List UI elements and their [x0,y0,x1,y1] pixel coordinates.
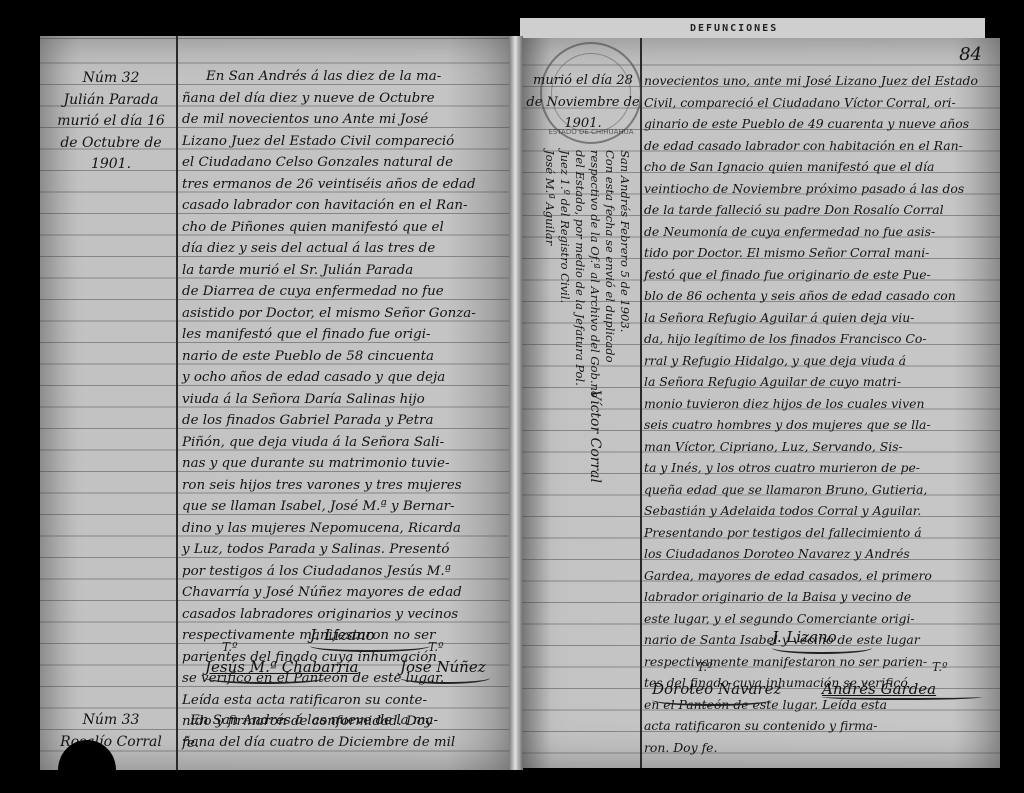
annotation-line: José M.ª Aguilar [542,150,557,483]
ledger-header: DEFUNCIONES [690,23,778,34]
body-line: ta y Inés, y los otros cuatro murieron d… [644,457,978,479]
entry-33-body: En San Andrés á las nueve de la ma- ñana… [182,710,455,753]
annotation-line: Con esta fecha se envió el duplicado [602,150,617,483]
body-line: de mil novecientos uno Ante mi José [182,109,476,131]
witness-2-label: T.º [428,640,444,654]
judge-signature-text: J. Lizano [310,626,375,644]
entry-33-number: Núm 33 [48,710,174,732]
body-line: cho de San Ignacio quien manifestó que e… [644,156,978,178]
body-line: nario de este Pueblo de 58 cincuenta [182,346,476,368]
body-line: En San Andrés á las nueve de la ma- [182,710,455,732]
body-line: el Ciudadano Celso Gonzales natural de [182,152,476,174]
body-line: ginario de este Pueblo de 49 cuarenta y … [644,113,978,135]
left-page: Núm 32 Julián Parada murió el día 16 de … [40,36,518,770]
witness-2-label: T.º [932,660,948,674]
body-line: man Víctor, Cipriano, Luz, Servando, Sis… [644,436,978,458]
entry-32-number: Núm 32 [48,68,174,90]
body-line: de Neumonía de cuya enfermedad no fue as… [644,221,978,243]
body-line: dino y las mujeres Nepomucena, Ricarda [182,518,476,540]
body-line: rral y Refugio Hidalgo, y que deja viuda… [644,350,978,372]
entry-33-death-margin: murió el día 28 de Noviembre de 1901. [524,70,642,135]
judge-signature-text: J. Lizano [772,628,837,646]
body-line: Piñón, que deja viuda á la Señora Sali- [182,432,476,454]
entry-33-body-continued: novecientos uno, ante mi José Lizano Jue… [644,70,978,758]
body-line: y ocho años de edad casado y que deja [182,367,476,389]
witness-1-signature: Doroteo Navarez [652,680,781,706]
body-line: monio tuvieron diez hijos de los cuales … [644,393,978,415]
body-line: Lizano Juez del Estado Civil compareció [182,131,476,153]
page-number: 84 [959,44,982,65]
body-line: ron seis hijos tres varones y tres mujer… [182,475,476,497]
witness-2-signature: José Núñez [400,658,490,684]
entry-32-death-line-2: de Octubre de [48,133,174,155]
body-line: viuda á la Señora Daría Salinas hijo [182,389,476,411]
death-year: 1901. [524,113,642,135]
body-line: la tarde murió el Sr. Julián Parada [182,260,476,282]
thumb-shadow [58,740,116,793]
death-line-2: de Noviembre de [524,92,642,114]
witness-2-signature: Andrés Gardea [822,680,982,700]
witness-1-signature: Jesús M.ª Chabarría [205,658,358,684]
marginal-annotation-text: San Andrés Febrero 5 de 1903. Con esta f… [587,150,632,483]
entry-32-margin: Núm 32 Julián Parada murió el día 16 de … [48,68,174,176]
entry-32-death-year: 1901. [48,154,174,176]
body-line: seis cuatro hombres y dos mujeres que se… [644,414,978,436]
body-line: y Luz, todos Parada y Salinas. Presentó [182,539,476,561]
body-line: casado labrador con havitación en el Ran… [182,195,476,217]
witness-1-label: T.º [222,640,238,654]
body-line: de edad casado labrador con habitación e… [644,135,978,157]
body-line: ñana del día diez y nueve de Octubre [182,88,476,110]
body-line: ñana del día cuatro de Diciembre de mil [182,732,455,754]
annotation-line: Juez 1.º del Registro Civil. [557,150,572,483]
judge-signature: J. Lizano [772,628,872,654]
body-line: festó que el finado fue originario de es… [644,264,978,286]
body-line: de Diarrea de cuya enfermedad no fue [182,281,476,303]
body-line: tido por Doctor. El mismo Señor Corral m… [644,242,978,264]
body-line: Leída esta acta ratificaron su conte- [182,690,476,712]
body-line: acta ratificaron su contenido y firma- [644,715,978,737]
witness-1-label: T.º [697,660,713,674]
margin-rule [176,36,178,770]
marginal-annotation: San Andrés Febrero 5 de 1903. Con esta f… [522,150,640,550]
body-line: de la tarde falleció su padre Don Rosalí… [644,199,978,221]
judge-signature: J. Lizano [310,626,430,652]
body-line: Chavarría y José Núñez mayores de edad [182,582,476,604]
body-line: ron. Doy fe. [644,737,978,759]
body-line: veintiocho de Noviembre próximo pasado á… [644,178,978,200]
body-line: la Señora Refugio Aguilar á quien deja v… [644,307,978,329]
body-line: que se llaman Isabel, José M.ª y Bernar- [182,496,476,518]
body-line: tres ermanos de 26 veintiséis años de ed… [182,174,476,196]
body-line: la Señora Refugio Aguilar de cuyo matri- [644,371,978,393]
witness-2-signature-text: José Núñez [400,658,486,676]
entry-32-death-line-1: murió el día 16 [48,111,174,133]
witness-1-signature-text: Jesús M.ª Chabarría [205,658,358,676]
body-line: cho de Piñones quien manifestó que el [182,217,476,239]
body-line: por testigos á los Ciudadanos Jesús M.ª [182,561,476,583]
body-line: Presentando por testigos del fallecimien… [644,522,978,544]
body-line: les manifestó que el finado fue origi- [182,324,476,346]
right-page: 84 ESTADO DE CHIHUAHUA murió el día 28 d… [522,38,1000,768]
body-line: este lugar, y el segundo Comerciante ori… [644,608,978,630]
annotation-line: del Estado, por medio de la Jefatura Pol… [572,150,587,483]
body-line: día diez y seis del actual á las tres de [182,238,476,260]
body-line: labrador originario de la Baisa y vecino… [644,586,978,608]
vertical-signature: Víctor Corral [587,390,602,483]
body-line: Gardea, mayores de edad casados, el prim… [644,565,978,587]
body-line: Civil, compareció el Ciudadano Víctor Co… [644,92,978,114]
witness-2-signature-text: Andrés Gardea [822,680,936,698]
body-line: casados labradores originarios y vecinos [182,604,476,626]
body-line: novecientos uno, ante mi José Lizano Jue… [644,70,978,92]
body-line: queña edad que se llamaron Bruno, Gutier… [644,479,978,501]
body-line: blo de 86 ochenta y seis años de edad ca… [644,285,978,307]
witness-1-signature-text: Doroteo Navarez [652,680,781,698]
margin-rule [640,38,642,768]
body-line: Sebastián y Adelaida todos Corral y Agui… [644,500,978,522]
body-line: asistido por Doctor, el mismo Señor Gonz… [182,303,476,325]
body-line: de los finados Gabriel Parada y Petra [182,410,476,432]
body-line: En San Andrés á las diez de la ma- [182,66,476,88]
entry-32-name: Julián Parada [48,90,174,112]
body-line: da, hijo legítimo de los finados Francis… [644,328,978,350]
body-line: nas y que durante su matrimonio tuvie- [182,453,476,475]
body-line: los Ciudadanos Doroteo Navarez y Andrés [644,543,978,565]
book-spine [509,36,523,770]
death-line-1: murió el día 28 [524,70,642,92]
annotation-line: San Andrés Febrero 5 de 1903. [617,150,632,483]
